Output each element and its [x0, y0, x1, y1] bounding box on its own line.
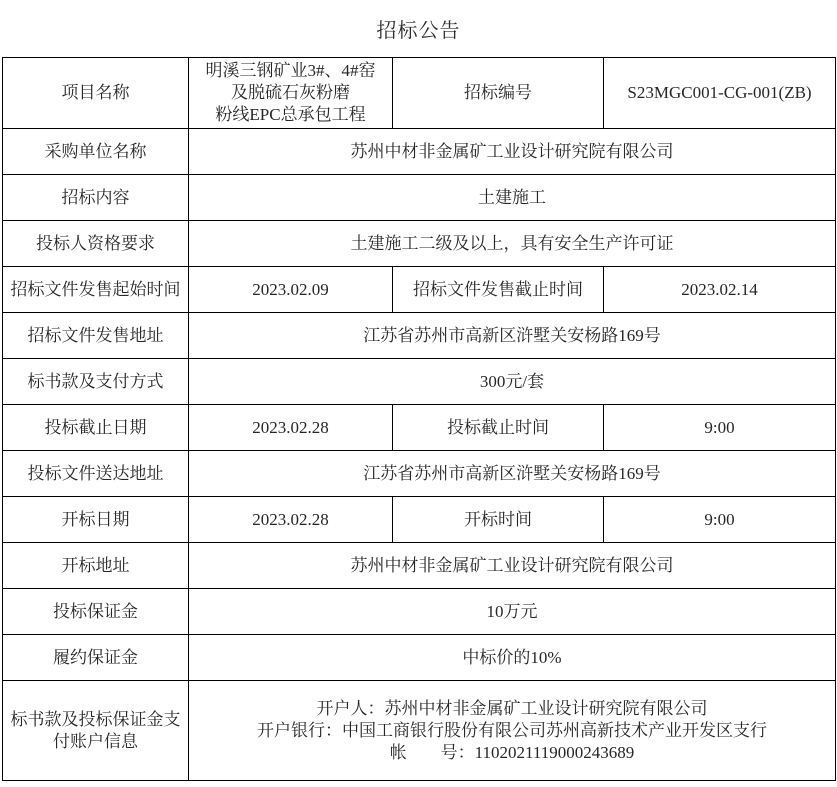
table-row-bid-opening: 开标日期 2023.02.28 开标时间 9:00 [3, 497, 836, 543]
purchaser-name-value: 苏州中材非金属矿工业设计研究院有限公司 [189, 129, 836, 175]
page-title: 招标公告 [0, 0, 837, 57]
bid-opening-time-label: 开标时间 [393, 497, 604, 543]
doc-fee-label: 标书款及支付方式 [3, 359, 189, 405]
doc-sale-end-label: 招标文件发售截止时间 [393, 267, 604, 313]
table-row-bid-bond: 投标保证金 10万元 [3, 589, 836, 635]
table-row-bid-delivery-address: 投标文件送达地址 江苏省苏州市高新区浒墅关安杨路169号 [3, 451, 836, 497]
performance-bond-value: 中标价的10% [189, 635, 836, 681]
doc-fee-value: 300元/套 [189, 359, 836, 405]
tender-content-value: 土建施工 [189, 175, 836, 221]
tender-table: 项目名称 明溪三钢矿业3#、4#窑 及脱硫石灰粉磨 粉线EPC总承包工程 招标编… [2, 57, 836, 781]
tender-content-label: 招标内容 [3, 175, 189, 221]
table-row-purchaser: 采购单位名称 苏州中材非金属矿工业设计研究院有限公司 [3, 129, 836, 175]
table-row-bid-deadline: 投标截止日期 2023.02.28 投标截止时间 9:00 [3, 405, 836, 451]
bidder-qualification-value: 土建施工二级及以上，具有安全生产许可证 [189, 221, 836, 267]
table-row-doc-sale-time: 招标文件发售起始时间 2023.02.09 招标文件发售截止时间 2023.02… [3, 267, 836, 313]
table-row-project: 项目名称 明溪三钢矿业3#、4#窑 及脱硫石灰粉磨 粉线EPC总承包工程 招标编… [3, 58, 836, 129]
table-row-payment-account: 标书款及投标保证金支付账户信息 开户人：苏州中材非金属矿工业设计研究院有限公司 … [3, 681, 836, 781]
bid-delivery-address-label: 投标文件送达地址 [3, 451, 189, 497]
payment-account-label: 标书款及投标保证金支付账户信息 [3, 681, 189, 781]
performance-bond-label: 履约保证金 [3, 635, 189, 681]
table-row-bid-opening-address: 开标地址 苏州中材非金属矿工业设计研究院有限公司 [3, 543, 836, 589]
project-name-label: 项目名称 [3, 58, 189, 129]
bidder-qualification-label: 投标人资格要求 [3, 221, 189, 267]
bid-deadline-time-value: 9:00 [604, 405, 836, 451]
bid-opening-time-value: 9:00 [604, 497, 836, 543]
doc-sale-address-label: 招标文件发售地址 [3, 313, 189, 359]
bid-opening-address-value: 苏州中材非金属矿工业设计研究院有限公司 [189, 543, 836, 589]
tender-number-value: S23MGC001-CG-001(ZB) [604, 58, 836, 129]
bid-opening-address-label: 开标地址 [3, 543, 189, 589]
purchaser-name-label: 采购单位名称 [3, 129, 189, 175]
bid-bond-label: 投标保证金 [3, 589, 189, 635]
bid-bond-value: 10万元 [189, 589, 836, 635]
bid-delivery-address-value: 江苏省苏州市高新区浒墅关安杨路169号 [189, 451, 836, 497]
bid-deadline-date-value: 2023.02.28 [189, 405, 393, 451]
table-row-doc-fee: 标书款及支付方式 300元/套 [3, 359, 836, 405]
table-row-qualification: 投标人资格要求 土建施工二级及以上，具有安全生产许可证 [3, 221, 836, 267]
doc-sale-start-value: 2023.02.09 [189, 267, 393, 313]
doc-sale-end-value: 2023.02.14 [604, 267, 836, 313]
tender-number-label: 招标编号 [393, 58, 604, 129]
bid-deadline-date-label: 投标截止日期 [3, 405, 189, 451]
project-name-value: 明溪三钢矿业3#、4#窑 及脱硫石灰粉磨 粉线EPC总承包工程 [189, 58, 393, 129]
tender-announcement-page: 招标公告 项目名称 明溪三钢矿业3#、4#窑 及脱硫石灰粉磨 粉线EPC总承包工… [0, 0, 837, 787]
bid-opening-date-value: 2023.02.28 [189, 497, 393, 543]
table-row-performance-bond: 履约保证金 中标价的10% [3, 635, 836, 681]
table-row-tender-content: 招标内容 土建施工 [3, 175, 836, 221]
table-row-doc-sale-address: 招标文件发售地址 江苏省苏州市高新区浒墅关安杨路169号 [3, 313, 836, 359]
payment-account-value: 开户人：苏州中材非金属矿工业设计研究院有限公司 开户银行：中国工商银行股份有限公… [189, 681, 836, 781]
doc-sale-start-label: 招标文件发售起始时间 [3, 267, 189, 313]
bid-opening-date-label: 开标日期 [3, 497, 189, 543]
doc-sale-address-value: 江苏省苏州市高新区浒墅关安杨路169号 [189, 313, 836, 359]
bid-deadline-time-label: 投标截止时间 [393, 405, 604, 451]
